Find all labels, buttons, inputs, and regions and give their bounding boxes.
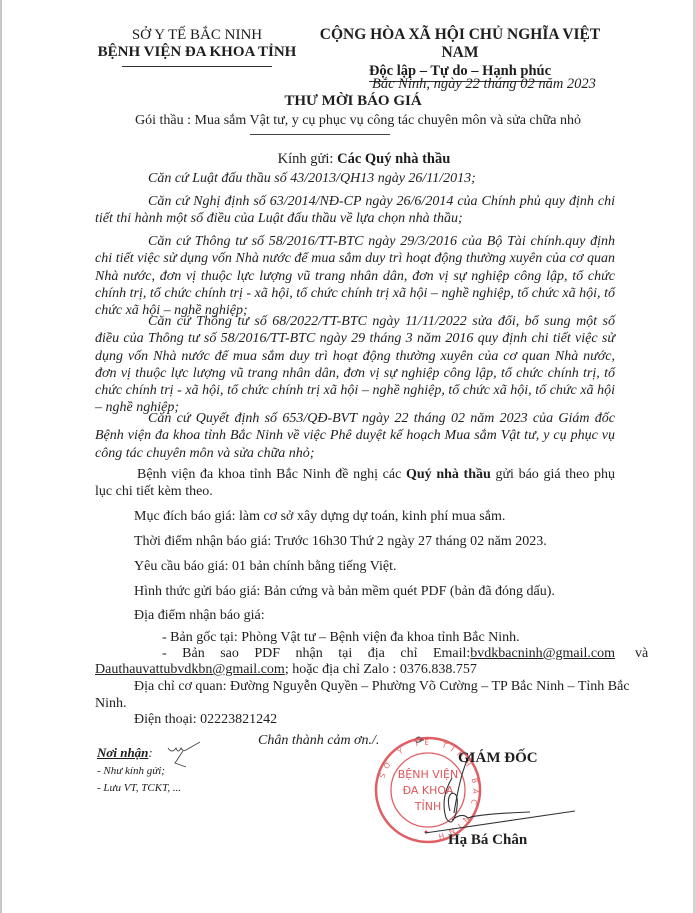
legal-basis-2: Căn cứ Nghị định số 63/2014/NĐ-CP ngày 2… — [95, 193, 615, 228]
greeting-prefix: Kính gửi: — [278, 151, 337, 167]
copy-location-line: - Bản sao PDF nhận tại địa chỉ Email: bv… — [162, 646, 615, 662]
initials-mark — [168, 742, 200, 767]
org-parent: SỞ Y TẾ BẮC NINH — [92, 27, 302, 44]
deadline-line: Thời điểm nhận báo giá: Trước 16h30 Thứ … — [134, 534, 547, 550]
address-line-2: Ninh. — [95, 696, 127, 712]
receiver-item: - Như kính gửi; — [97, 765, 165, 777]
org-name: BỆNH VIỆN ĐA KHOA TỈNH — [92, 44, 302, 61]
email-link-1[interactable]: bvdkbacninh@gmail.com — [470, 646, 615, 662]
copy-location-line-2: Dauthauvattubvdkbn@gmail.com; hoặc địa c… — [95, 662, 477, 678]
receiver-item: - Lưu VT, TCKT, ... — [97, 782, 181, 794]
zalo-contact: ; hoặc địa chỉ Zalo : 0376.838.757 — [285, 662, 477, 677]
requirement-line: Yêu cầu báo giá: 01 bản chính bằng tiếng… — [134, 559, 397, 575]
issuing-organization: SỞ Y TẾ BẮC NINH BỆNH VIỆN ĐA KHOA TỈNH — [92, 27, 302, 67]
phone-line: Điện thoại: 02223821242 — [134, 712, 277, 728]
method-line: Hình thức gửi báo giá: Bản cứng và bản m… — [134, 584, 555, 600]
national-header: CỘNG HÒA XÃ HỘI CHỦ NGHĨA VIỆT NAM Độc l… — [305, 26, 615, 82]
request-bold: Quý nhà thầu — [406, 467, 491, 482]
email-link-2[interactable]: Dauthauvattubvdkbn@gmail.com — [95, 662, 285, 677]
svg-text:BỆNH VIỆN: BỆNH VIỆN — [398, 768, 458, 781]
document-title: THƯ MỜI BÁO GIÁ — [0, 93, 696, 110]
address-line: Địa chỉ cơ quan: Đường Nguyễn Quyền – Ph… — [134, 679, 615, 695]
thanks-line: Chân thành cảm ơn./. — [258, 733, 379, 749]
country-name: CỘNG HÒA XÃ HỘI CHỦ NGHĨA VIỆT NAM — [305, 26, 615, 62]
date-line: Bắc Ninh, ngày 22 tháng 02 năm 2023 — [372, 76, 596, 93]
signer-title: GIÁM ĐỐC — [458, 750, 538, 767]
org-underline — [122, 66, 272, 67]
greeting: Kính gửi: Các Quý nhà thầu — [0, 151, 696, 168]
request-paragraph: Bệnh viện đa khoa tỉnh Bắc Ninh đề nghị … — [95, 466, 615, 501]
package-underline — [250, 134, 390, 135]
legal-basis-3: Căn cứ Thông tư số 58/2016/TT-BTC ngày 2… — [95, 233, 615, 319]
svg-text:TỈNH: TỈNH — [414, 799, 441, 813]
legal-basis-5: Căn cứ Quyết định số 653/QĐ-BVT ngày 22 … — [95, 410, 615, 462]
page-edge-left — [0, 0, 2, 913]
original-location: - Bản gốc tại: Phòng Vật tư – Bệnh viện … — [162, 630, 520, 646]
receivers-title: Nơi nhận: — [97, 745, 153, 761]
location-label: Địa điểm nhận báo giá: — [134, 608, 265, 624]
greeting-recipient: Các Quý nhà thầu — [337, 151, 450, 167]
purpose-line: Mục đích báo giá: làm cơ sở xây dựng dự … — [134, 509, 505, 525]
legal-basis-4: Căn cứ Thông tư số 68/2022/TT-BTC ngày 1… — [95, 313, 615, 417]
legal-basis-1: Căn cứ Luật đấu thầu số 43/2013/QH13 ngà… — [95, 170, 615, 187]
signer-name: Hạ Bá Chân — [448, 832, 527, 849]
package-name: Gói thầu : Mua sắm Vật tư, y cụ phục vụ … — [0, 113, 696, 129]
svg-text:ĐA KHOA: ĐA KHOA — [403, 784, 454, 797]
